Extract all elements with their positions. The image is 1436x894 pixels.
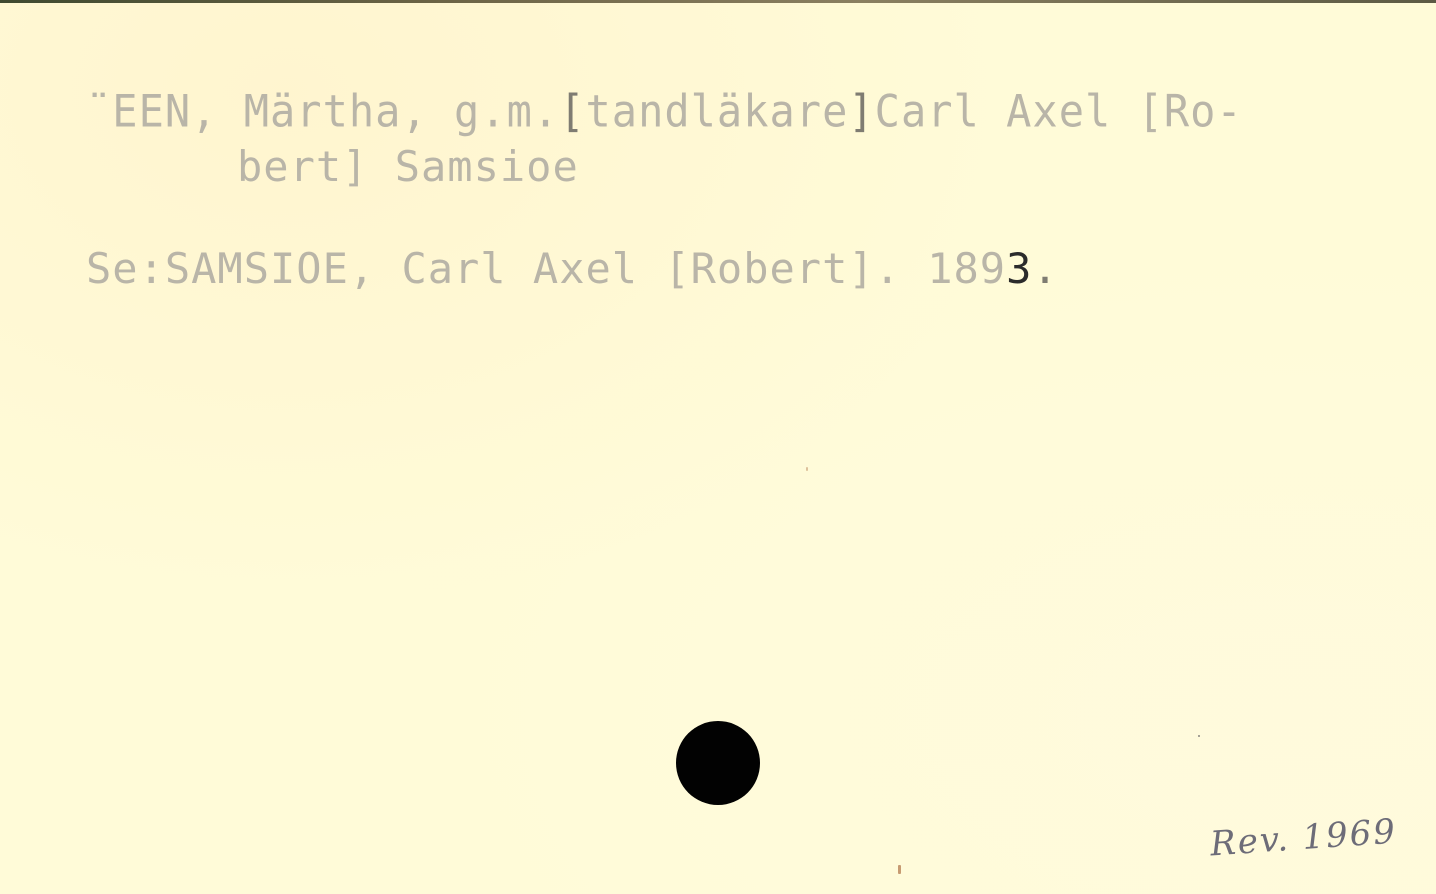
- heading-surname: ¨EEN,: [86, 86, 217, 137]
- see-year-typed: 189: [927, 244, 1006, 293]
- heading-line-1: ¨EEN, Märtha, g.m.[tandläkare]Carl Axel …: [86, 90, 1243, 134]
- spouse-first-name: Carl: [875, 86, 980, 137]
- heading-occupation: tandläkare: [586, 86, 849, 137]
- see-reference-line: Se:SAMSIOE, Carl Axel [Robert]. 1893.: [86, 248, 1059, 290]
- bracket-close: ]: [848, 86, 874, 137]
- spouse-surname: Samsioe: [395, 142, 579, 191]
- see-second-name: Axel: [533, 244, 638, 293]
- paper-speck: [1198, 735, 1200, 737]
- handwritten-revision-note: Rev. 1969: [1209, 812, 1398, 865]
- heading-given-name: Märtha,: [244, 86, 428, 137]
- see-year-overstrike: 3: [1006, 244, 1032, 293]
- bracket-open: [: [559, 86, 585, 137]
- spouse-bracket-part-2: bert]: [237, 142, 368, 191]
- index-card: ¨EEN, Märtha, g.m.[tandläkare]Carl Axel …: [0, 3, 1436, 894]
- see-first-name: Carl: [401, 244, 506, 293]
- spouse-bracket-part-1: [Ro-: [1138, 86, 1243, 137]
- punch-hole: [676, 721, 760, 805]
- paper-speck: [898, 865, 901, 874]
- see-bracketed-name: [Robert].: [664, 244, 901, 293]
- see-year-end: .: [1032, 244, 1058, 293]
- see-surname: SAMSIOE,: [165, 244, 375, 293]
- spouse-second-name: Axel: [1006, 86, 1111, 137]
- heading-relation: g.m.: [454, 86, 559, 137]
- see-prefix: Se:: [86, 244, 165, 293]
- paper-speck: [806, 467, 808, 471]
- heading-line-2: bert] Samsioe: [237, 146, 579, 188]
